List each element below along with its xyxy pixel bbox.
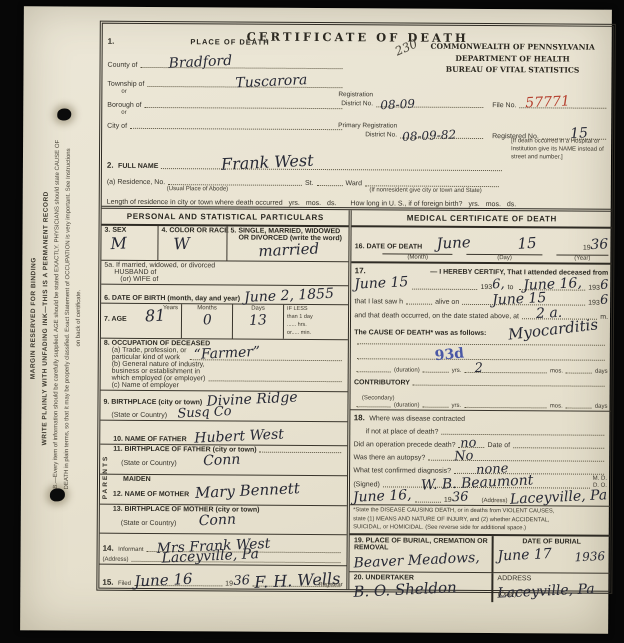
attended-to-year: 6	[600, 279, 609, 292]
burial-place-value: Beaver Meadows,	[354, 551, 481, 571]
years-header: Years	[163, 305, 178, 311]
printed-19: 19	[583, 245, 591, 252]
father-label: 10. NAME OF FATHER	[113, 436, 186, 443]
file-no-value: 57771	[525, 94, 570, 110]
place-of-burial-cell: 19. PLACE OF BURIAL, CREMATION OR REMOVA…	[350, 535, 492, 573]
punch-hole	[57, 108, 71, 120]
section-number: 14.	[103, 544, 114, 553]
not-at-place-label: if not at place of death?	[366, 428, 439, 435]
informant-address-label: (Address)	[103, 557, 129, 563]
full-name-value: Frank West	[221, 153, 314, 173]
age-days-value: 13	[249, 313, 267, 328]
margin-note: on back of certificate.	[74, 23, 84, 615]
primary-registration-value: 08-09-82	[402, 128, 456, 142]
informant-label: Informant	[118, 547, 143, 553]
dotted-leader: June 16	[134, 585, 222, 587]
death-occurred-label: and that death occurred, on the date sta…	[354, 312, 519, 320]
section-number: 2.	[107, 161, 114, 170]
margin-note: MARGIN RESERVED FOR BINDING	[29, 22, 39, 614]
nonresident-note: (If nonresident give city or town and St…	[369, 187, 481, 196]
certificate-form: CERTIFICATE OF DEATH 230 1. PLACE OF DEA…	[96, 21, 615, 594]
occupation-value: “Farmer”	[193, 345, 260, 362]
autopsy-label: Was there an autopsy?	[353, 454, 425, 461]
sex-label: 3. SEX	[105, 227, 155, 234]
birthplace-row: 9. BIRTHPLACE (city or town) Divine Ridg…	[100, 391, 348, 423]
filed-date-value: June 16	[134, 572, 193, 590]
yrs-label: yrs.	[452, 368, 462, 374]
registration-district-value: 08-09	[380, 98, 415, 112]
county-value: Bradford	[168, 54, 232, 71]
primary-registration-label: Primary RegistrationDistrict No.	[338, 122, 397, 139]
ds-label: ds.	[327, 200, 336, 207]
dotted-leader	[422, 407, 448, 408]
agency-line: BUREAU OF VITAL STATISTICS	[414, 64, 610, 77]
mos-label: mos.	[550, 368, 563, 374]
dotted-leader: Frank West	[161, 168, 502, 171]
county-label: County of	[108, 62, 138, 69]
days-label: days	[595, 404, 608, 410]
yrs-label: yrs.	[289, 200, 300, 207]
dod-month-value: June	[436, 235, 471, 252]
residence-row: (a) Residence, No. St. Ward (Usual Place…	[107, 175, 502, 196]
date-of-death-row: 16. DATE OF DEATH June 15 1936 (Month) (…	[352, 227, 612, 265]
dotted-leader: Laceyville, Pa	[132, 561, 341, 563]
margin-note: WRITE PLAINLY WITH UNFADING INK—THIS IS …	[41, 22, 51, 614]
undertaker-value: B. O. Sheldon	[353, 580, 457, 600]
abode-note: (Usual Place of Abode)	[167, 186, 228, 194]
ds-label: ds.	[507, 201, 516, 208]
operation-label: Did an operation precede death?	[354, 441, 456, 449]
printed-193: 193	[588, 285, 600, 292]
informant-address-value: Laceyville, Pa	[161, 547, 259, 565]
mother-name-row: MAIDEN 12. NAME OF MOTHER Mary Bennett	[100, 475, 348, 507]
section-number: 18.	[354, 413, 365, 422]
hospital-note: [If death occurred in a Hospital or Inst…	[511, 138, 607, 162]
father-name-row: 10. NAME OF FATHER Hubert West	[100, 421, 347, 447]
city-label: City of	[107, 123, 127, 130]
mother-bp-value: Conn	[198, 513, 236, 529]
father-bp-value: Conn	[202, 453, 240, 469]
age-row: 7. AGE Years 81 Months 0 Days 13 IF LESS	[101, 304, 349, 340]
filed-year-value: 36	[233, 574, 250, 588]
mother-label: 12. NAME OF MOTHER	[113, 491, 189, 498]
months-header: Months	[185, 305, 229, 311]
dotted-leader	[566, 373, 592, 374]
dotted-leader: 08-09-82	[400, 138, 483, 140]
alive-on-label: alive on	[435, 299, 459, 306]
age-label: 7. AGE	[104, 316, 127, 323]
state-country-label: (State or Country)	[121, 460, 177, 467]
attended-from-year: 6,	[492, 278, 505, 292]
sex-value: M	[110, 235, 127, 252]
m-label: m.	[600, 314, 608, 321]
printed-193: 193	[481, 284, 493, 291]
duration-label: (duration)	[394, 367, 420, 373]
dotted-leader	[406, 304, 432, 305]
date-of-burial-cell: DATE OF BURIAL June 17 1936	[491, 536, 609, 574]
to-label: to	[508, 284, 514, 291]
section-number: 17.	[355, 266, 366, 275]
printed-193: 193	[588, 300, 600, 307]
burial-table: 19. PLACE OF BURIAL, CREMATION OR REMOVA…	[350, 535, 610, 603]
undertaker-address-cell: ADDRESS Laceyville, Pa	[491, 573, 609, 603]
father-birthplace-row: 11. BIRTHPLACE OF FATHER (city or town) …	[100, 445, 348, 477]
informant-row: 14. Informant Mrs Frank West (Address) L…	[100, 534, 348, 567]
full-name-label: FULL NAME	[118, 163, 158, 170]
burial-date-value: June 17	[497, 547, 552, 563]
township-value: Tuscarora	[235, 73, 307, 90]
dod-label: 16. DATE OF DEATH	[355, 243, 422, 250]
filed-label: Filed	[118, 581, 131, 587]
printed-19: 19	[444, 497, 452, 504]
year-column-label: (Year)	[556, 254, 608, 261]
section-number: 15.	[102, 578, 113, 587]
disease-details-row: 18. Where was disease contracted if not …	[350, 410, 610, 506]
signature-year-value: 36	[451, 491, 468, 505]
address-label: (Address)	[482, 498, 508, 504]
state-country-label: (State or Country)	[111, 412, 167, 419]
secondary-label: (Secondary)	[362, 395, 395, 401]
month-column-label: (Month)	[383, 253, 453, 260]
dotted-leader	[130, 128, 342, 130]
occ-c-label: (c) Name of employer	[112, 382, 345, 390]
race-value: W	[173, 236, 190, 253]
last-saw-label: that I last saw h	[354, 298, 403, 305]
days-header: Days	[236, 306, 280, 312]
mother-value: Mary Bennett	[195, 481, 300, 501]
dod-day-value: 15	[517, 236, 537, 252]
registration-block: RegistrationDistrict No. 08-09 File No. …	[338, 77, 609, 141]
footnote: *State the DISEASE CAUSING DEATH, or in …	[350, 504, 610, 537]
personal-header: PERSONAL AND STATISTICAL PARTICULARS	[102, 209, 349, 228]
race-label: 4. COLOR OR RACE	[162, 227, 224, 234]
last-saw-year: 6	[600, 294, 609, 307]
place-of-death-block: 1. PLACE OF DEATH County of Bradford Tow…	[107, 37, 346, 131]
husband-wife-row: 5a. If married, widowed, or divorced HUS…	[101, 261, 348, 287]
undertaker-cell: 20. UNDERTAKER B. O. Sheldon	[350, 572, 492, 602]
cause-code-value: 93d	[435, 346, 466, 363]
filed-row: 15. Filed June 16 1936 F. H. Wells Regis…	[99, 565, 346, 590]
wife-of-label: (or) WIFE of	[120, 276, 345, 284]
md-label: M. D.	[593, 475, 607, 482]
dob-value: June 2, 1855	[244, 287, 334, 305]
certification-row: 17. — I HEREBY CERTIFY, That I attended …	[351, 263, 612, 412]
certificate-paper: MARGIN RESERVED FOR BINDING WRITE PLAINL…	[20, 6, 612, 634]
cause-of-death-label: The CAUSE OF DEATH* was as follows:	[354, 329, 486, 337]
full-name-row: 2. FULL NAME Frank West	[107, 152, 505, 172]
father-value: Hubert West	[194, 427, 284, 445]
day-column-label: (Day)	[467, 254, 543, 261]
printed-19: 19	[225, 580, 233, 587]
dob-label: 6. DATE OF BIRTH (month, day and year)	[104, 295, 240, 303]
dotted-leader	[357, 406, 391, 407]
place-of-death-heading: PLACE OF DEATH	[114, 37, 345, 51]
duration-label: (duration)	[394, 402, 420, 408]
dotted-leader: 57771	[519, 107, 606, 109]
if-less-label: or..... min.	[287, 330, 345, 338]
sex-race-marital-row: 3. SEX M 4. COLOR OR RACE W 5. SINGLE, M…	[101, 226, 349, 263]
yrs-label: yrs.	[451, 403, 461, 409]
autopsy-value: No	[454, 449, 474, 463]
form-header: CERTIFICATE OF DEATH 230 1. PLACE OF DEA…	[102, 24, 613, 209]
signed-label: (Signed)	[353, 481, 380, 488]
punch-hole	[50, 488, 65, 501]
medical-header: MEDICAL CERTIFICATE OF DEATH	[352, 210, 612, 229]
age-months-value: 0	[202, 313, 212, 327]
mother-birthplace-row: 13. BIRTHPLACE OF MOTHER (city or town) …	[100, 505, 348, 536]
signature-date-value: June 16,	[353, 488, 412, 505]
yrs-label: yrs.	[468, 201, 479, 208]
registrar-label: Registrar	[318, 582, 342, 588]
days-label: days	[595, 369, 608, 375]
burial-date-year: 1936	[575, 550, 606, 563]
birthplace-county-value: Susq Co	[177, 405, 232, 420]
parents-block: PARENTS 10. NAME OF FATHER Hubert West 1…	[100, 421, 348, 536]
date-of-label: Date of	[488, 442, 511, 449]
dotted-leader	[423, 372, 449, 373]
state-country-label: (State or Country)	[121, 520, 177, 527]
disease-contracted-label: Where was disease contracted	[369, 415, 465, 423]
attended-from-value: June 15	[354, 275, 409, 291]
agency-block: COMMONWEALTH OF PENNSYLVANIA DEPARTMENT …	[414, 41, 610, 77]
dotted-leader	[566, 408, 592, 409]
date-of-birth-row: 6. DATE OF BIRTH (month, day and year) J…	[101, 285, 348, 306]
occupation-row: 8. OCCUPATION OF DECEASED (a) Trade, pro…	[101, 339, 349, 393]
dotted-leader	[464, 407, 547, 409]
agency-line: COMMONWEALTH OF PENNSYLVANIA	[415, 41, 611, 54]
physician-address-value: Laceyville, Pa	[509, 488, 607, 506]
dotted-leader	[415, 502, 441, 503]
dod-year-value: 36	[590, 237, 608, 252]
dotted-leader	[357, 371, 391, 372]
duration-months-value: 2	[474, 362, 483, 375]
test-label: What test confirmed diagnosis?	[353, 467, 451, 475]
burial-date-label: DATE OF BURIAL	[498, 538, 606, 546]
street-label: St.	[305, 180, 314, 187]
mos-label: mos.	[550, 403, 563, 409]
registration-district-label: RegistrationDistrict No.	[338, 91, 373, 108]
dotted-leader	[317, 185, 343, 186]
medical-certificate-column: MEDICAL CERTIFICATE OF DEATH 16. DATE OF…	[350, 210, 612, 591]
over-note: (Over)	[498, 591, 516, 598]
marital-value: married	[258, 241, 319, 259]
personal-particulars-column: PERSONAL AND STATISTICAL PARTICULARS 3. …	[99, 209, 352, 590]
age-years-value: 81	[145, 308, 166, 325]
